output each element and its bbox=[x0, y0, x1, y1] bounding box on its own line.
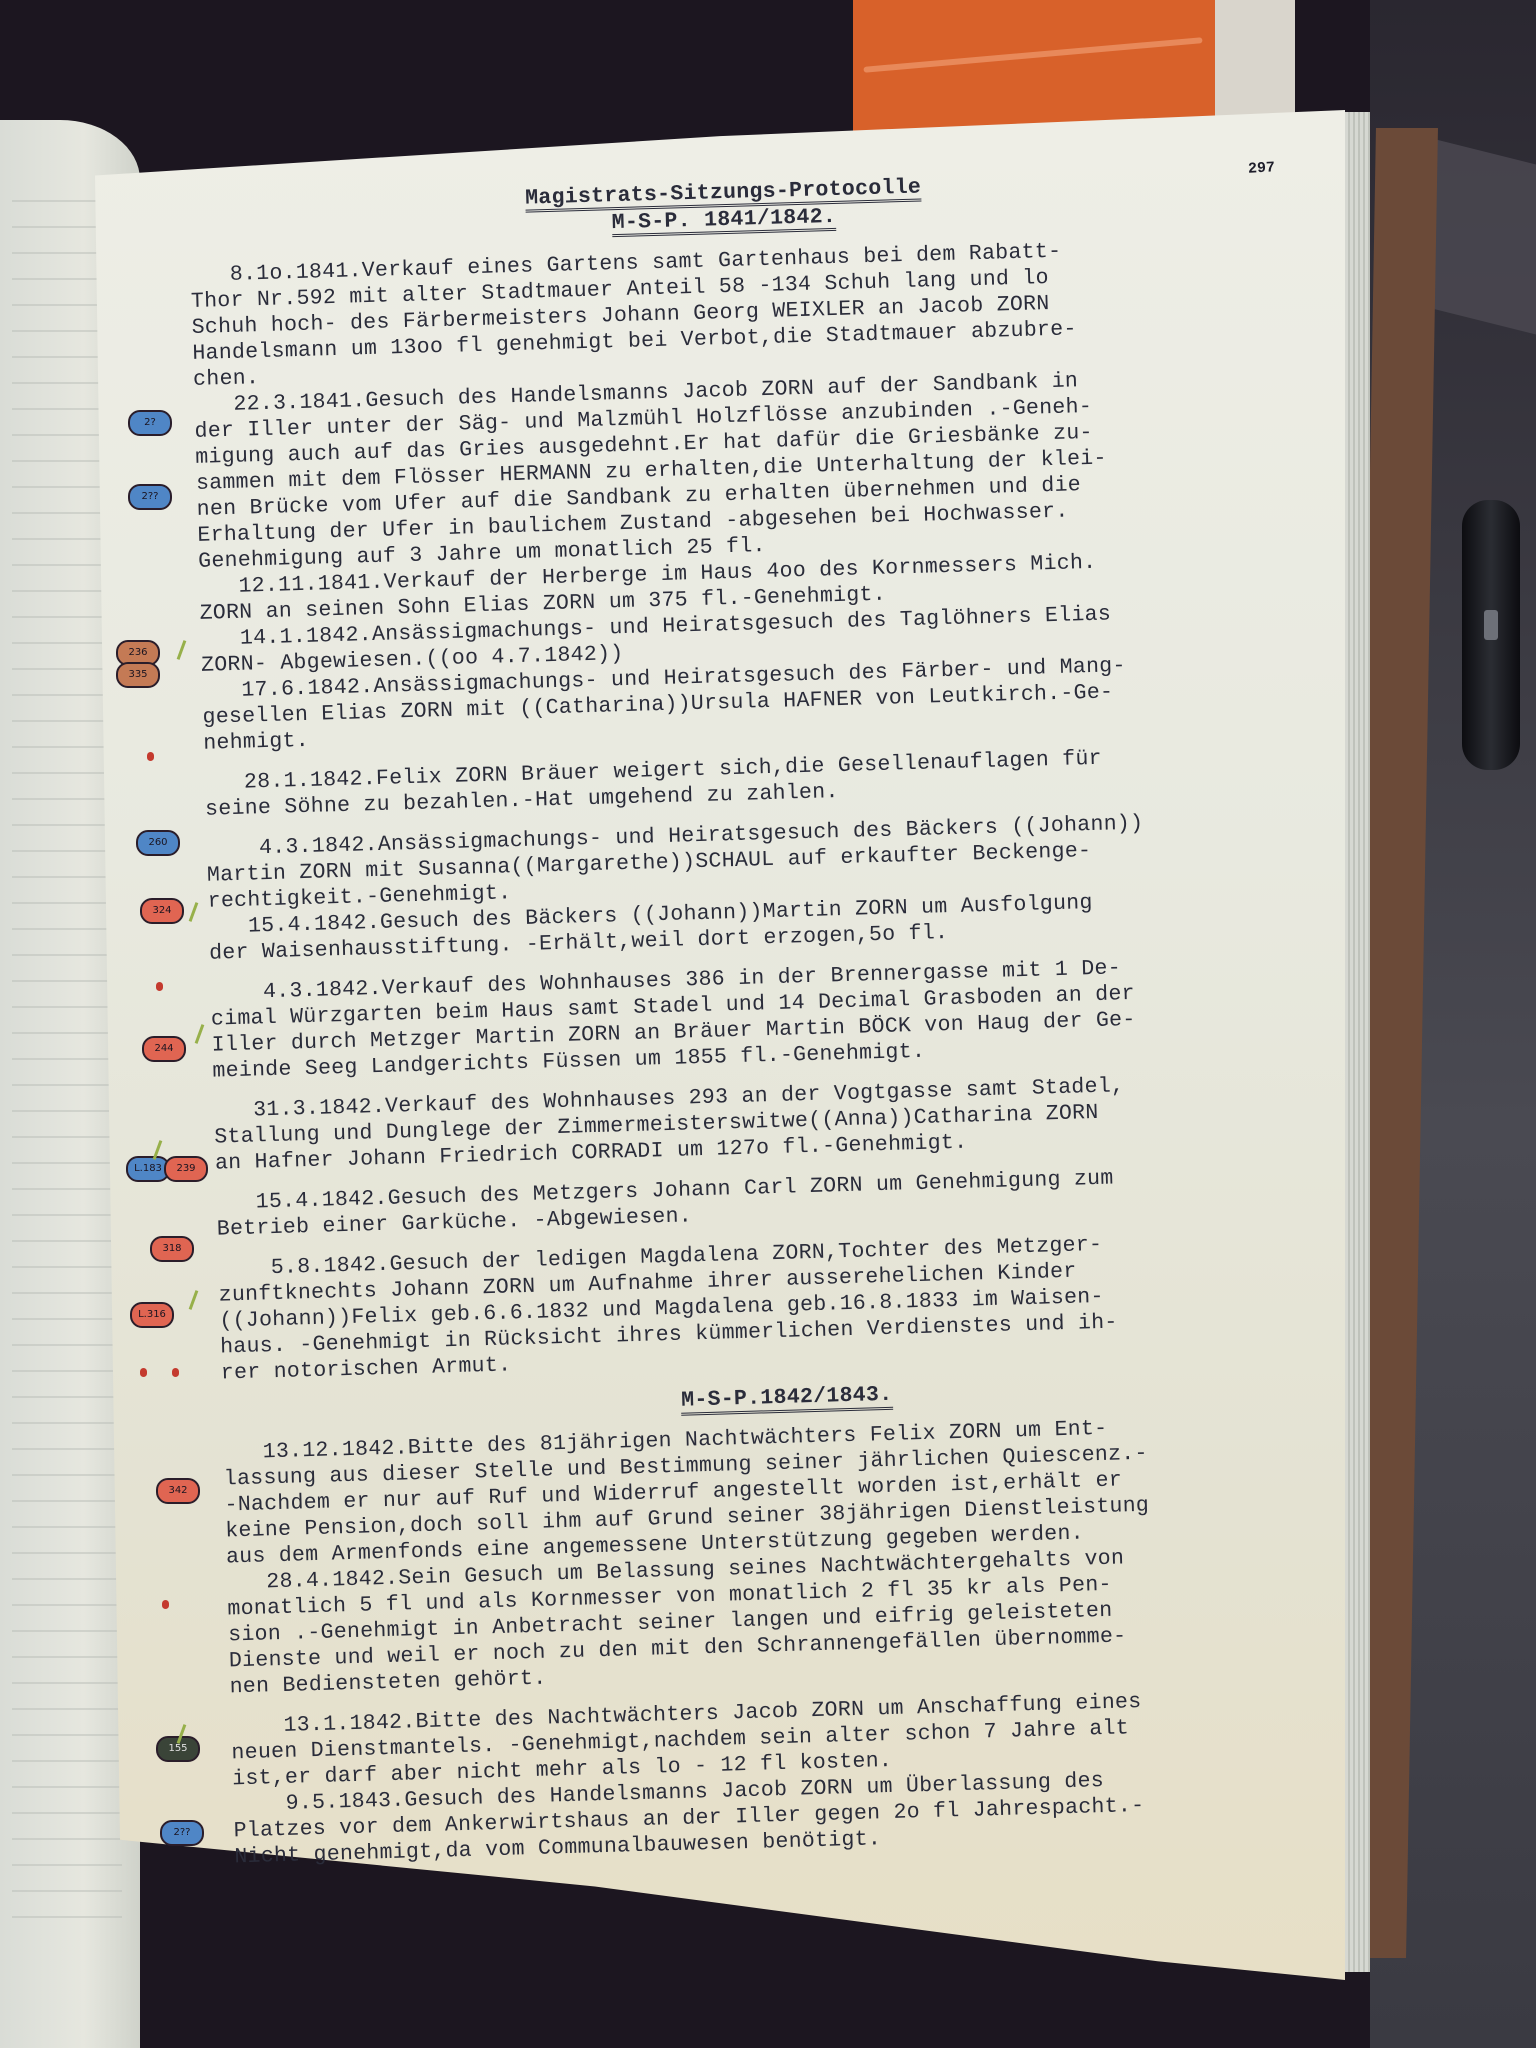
left-page-text-ghost bbox=[12, 980, 122, 982]
margin-annotation-circle: 2?? bbox=[128, 484, 172, 510]
margin-dot bbox=[172, 1368, 179, 1377]
left-page-text-ghost bbox=[12, 1058, 122, 1060]
left-page-text-ghost bbox=[12, 1838, 122, 1840]
left-page-text-ghost bbox=[12, 928, 122, 930]
left-page-text-ghost bbox=[12, 1214, 122, 1216]
protocol-entry: 31.3.1842.Verkauf des Wohnhauses 293 an … bbox=[213, 1067, 1345, 1177]
margin-annotation-circle: 239 bbox=[164, 1156, 208, 1182]
protocol-entry: 22.3.1841.Gesuch des Handelsmanns Jacob … bbox=[194, 361, 1329, 574]
margin-annotation-circle: L.316 bbox=[130, 1302, 174, 1328]
margin-dot bbox=[162, 1600, 169, 1609]
margin-annotation-circle: 318 bbox=[150, 1236, 194, 1262]
left-page-text-ghost bbox=[12, 1188, 122, 1190]
document-sections: 8.1o.1841.Verkauf eines Gartens samt Gar… bbox=[190, 231, 1364, 1870]
left-page-text-ghost bbox=[12, 1708, 122, 1710]
left-page-text-ghost bbox=[12, 954, 122, 956]
left-page-text-ghost bbox=[12, 1812, 122, 1814]
left-page-text-ghost bbox=[12, 1266, 122, 1268]
protocol-entry: 4.3.1842.Verkauf des Wohnhauses 386 in d… bbox=[210, 949, 1342, 1085]
margin-annotation-circle: 335 bbox=[116, 662, 160, 688]
left-page-text-ghost bbox=[12, 1500, 122, 1502]
left-page-text-ghost bbox=[12, 1786, 122, 1788]
left-page-text-ghost bbox=[12, 1370, 122, 1372]
left-page-text-ghost bbox=[12, 1916, 122, 1918]
left-page-text-ghost bbox=[12, 1006, 122, 1008]
left-page-text-ghost bbox=[12, 876, 122, 878]
left-page-text-ghost bbox=[12, 1162, 122, 1164]
left-page-text-ghost bbox=[12, 1682, 122, 1684]
left-page-text-ghost bbox=[12, 1552, 122, 1554]
margin-annotation-circle: 244 bbox=[142, 1036, 186, 1062]
left-page-text-ghost bbox=[12, 1864, 122, 1866]
paper-tab bbox=[1215, 0, 1295, 118]
left-page-text-ghost bbox=[12, 1318, 122, 1320]
left-page-text-ghost bbox=[12, 1890, 122, 1892]
margin-annotation-circle: 2?? bbox=[160, 1820, 204, 1846]
left-page-text-ghost bbox=[12, 1630, 122, 1632]
document-content: Magistrats-Sitzungs-Protocolle M-S-P. 18… bbox=[188, 163, 1364, 1870]
left-page-text-ghost bbox=[12, 1110, 122, 1112]
background-shelf bbox=[1420, 136, 1536, 335]
left-page-text-ghost bbox=[12, 1526, 122, 1528]
margin-dot bbox=[156, 982, 163, 991]
left-page-text-ghost bbox=[12, 1136, 122, 1138]
binder-clip bbox=[1462, 500, 1520, 770]
margin-dot bbox=[147, 752, 154, 761]
protocol-entry: 5.8.1842.Gesuch der ledigen Magdalena ZO… bbox=[218, 1225, 1351, 1387]
margin-annotation-circle: 342 bbox=[156, 1478, 200, 1504]
left-page-text-ghost bbox=[12, 1474, 122, 1476]
margin-annotation-circle: 260 bbox=[136, 830, 180, 856]
left-page-text-ghost bbox=[12, 1604, 122, 1606]
margin-dot bbox=[140, 1368, 147, 1377]
left-page-text-ghost bbox=[12, 1240, 122, 1242]
left-page-text-ghost bbox=[12, 1344, 122, 1346]
left-page-text-ghost bbox=[12, 1292, 122, 1294]
left-page-text-ghost bbox=[12, 1396, 122, 1398]
margin-annotation-circle: 2? bbox=[128, 410, 172, 436]
left-page-text-ghost bbox=[12, 1422, 122, 1424]
left-page-text-ghost bbox=[12, 1734, 122, 1736]
left-page-text-ghost bbox=[12, 1084, 122, 1086]
left-page-text-ghost bbox=[12, 1656, 122, 1658]
left-page-text-ghost bbox=[12, 902, 122, 904]
left-page-text-ghost bbox=[12, 1760, 122, 1762]
margin-annotation-circle: 324 bbox=[140, 898, 184, 924]
left-page-text-ghost bbox=[12, 1578, 122, 1580]
left-page-text-ghost bbox=[12, 1448, 122, 1450]
left-page-text-ghost bbox=[12, 1032, 122, 1034]
